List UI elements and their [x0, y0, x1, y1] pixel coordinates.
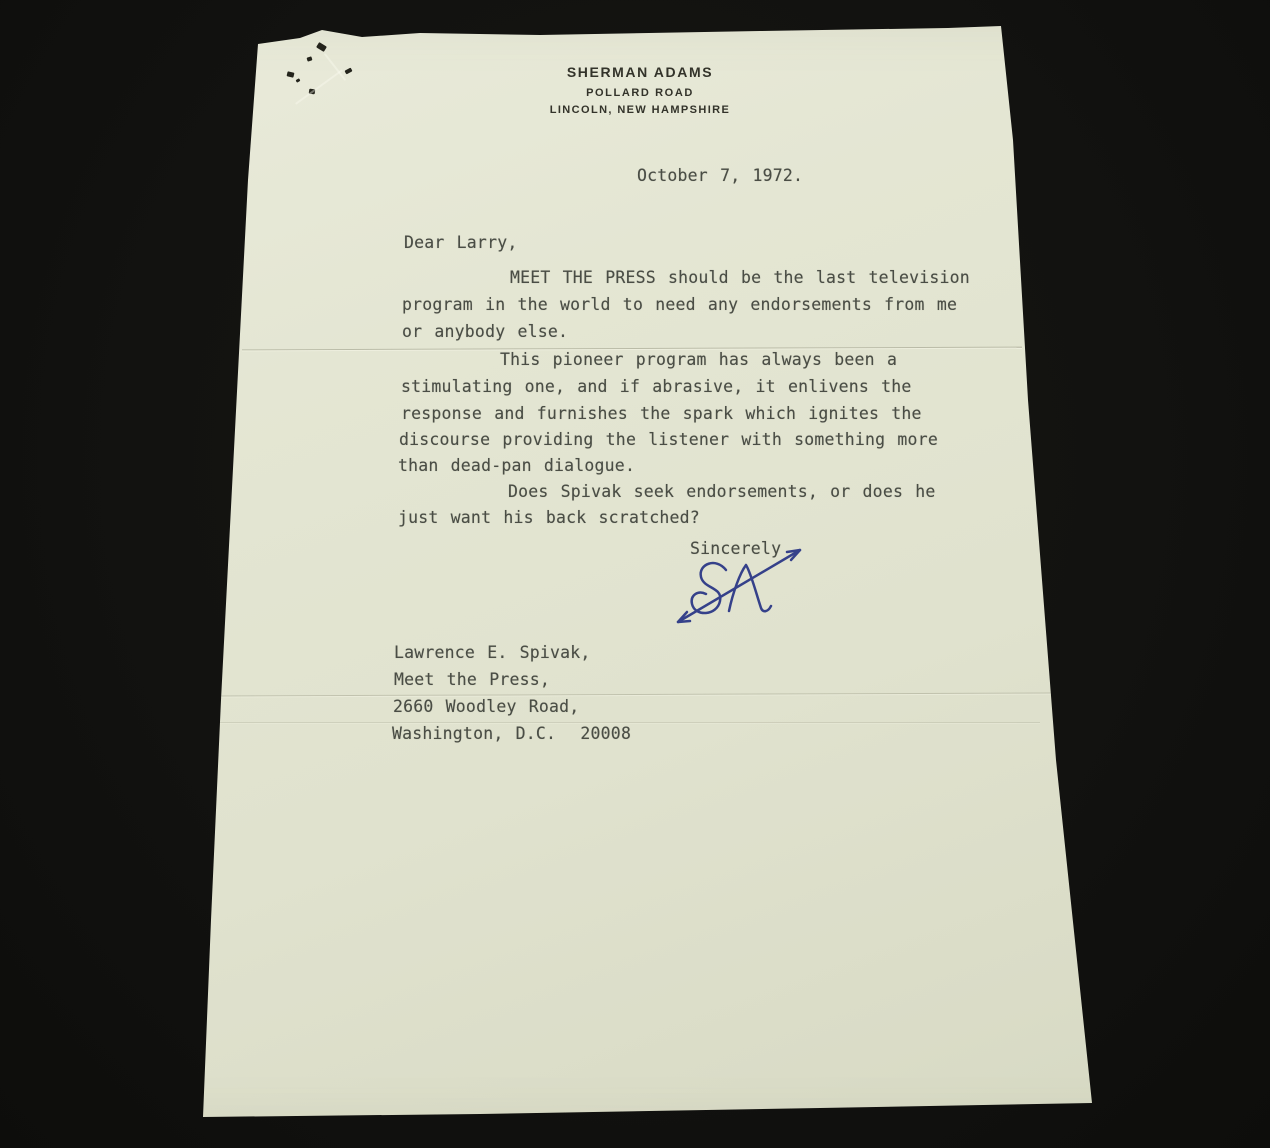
letterhead-address-line1: POLLARD ROAD [480, 87, 800, 99]
staple-mark [307, 56, 313, 61]
staple-mark [286, 71, 294, 78]
body-line: MEET THE PRESS should be the last televi… [510, 270, 970, 286]
signature-sa-monogram [628, 534, 828, 644]
paper-scuff [324, 53, 347, 81]
body-line: Does Spivak seek endorsements, or does h… [508, 484, 936, 500]
body-line: program in the world to need any endorse… [402, 297, 957, 313]
staple-mark [316, 42, 327, 52]
fold-crease [220, 693, 1052, 697]
recipient-line: 2660 Woodley Road, [393, 699, 579, 715]
recipient-line: Meet the Press, [394, 672, 550, 688]
recipient-line: Lawrence E. Spivak, [394, 645, 591, 661]
letterhead: SHERMAN ADAMS POLLARD ROAD LINCOLN, NEW … [480, 64, 800, 116]
body-line: just want his back scratched? [398, 510, 700, 526]
body-line: stimulating one, and if abrasive, it enl… [401, 379, 912, 395]
photo-background: SHERMAN ADAMS POLLARD ROAD LINCOLN, NEW … [0, 0, 1270, 1148]
letterhead-address-line2: LINCOLN, NEW HAMPSHIRE [480, 104, 800, 116]
staple-mark [296, 78, 301, 83]
body-line: or anybody else. [402, 324, 568, 340]
paper-scuff [295, 69, 343, 105]
date-line: October 7, 1972. [637, 168, 803, 184]
fold-crease [220, 722, 1040, 723]
body-line: response and furnishes the spark which i… [401, 406, 922, 422]
recipient-line: Washington, D.C. 20008 [392, 726, 631, 742]
body-line: discourse providing the listener with so… [399, 432, 938, 448]
staple-mark [344, 68, 352, 75]
salutation: Dear Larry, [404, 235, 517, 251]
letterhead-name: SHERMAN ADAMS [480, 64, 800, 80]
body-line: than dead-pan dialogue. [398, 458, 635, 474]
body-line: This pioneer program has always been a [500, 352, 897, 368]
letter-paper: SHERMAN ADAMS POLLARD ROAD LINCOLN, NEW … [0, 0, 1270, 1148]
